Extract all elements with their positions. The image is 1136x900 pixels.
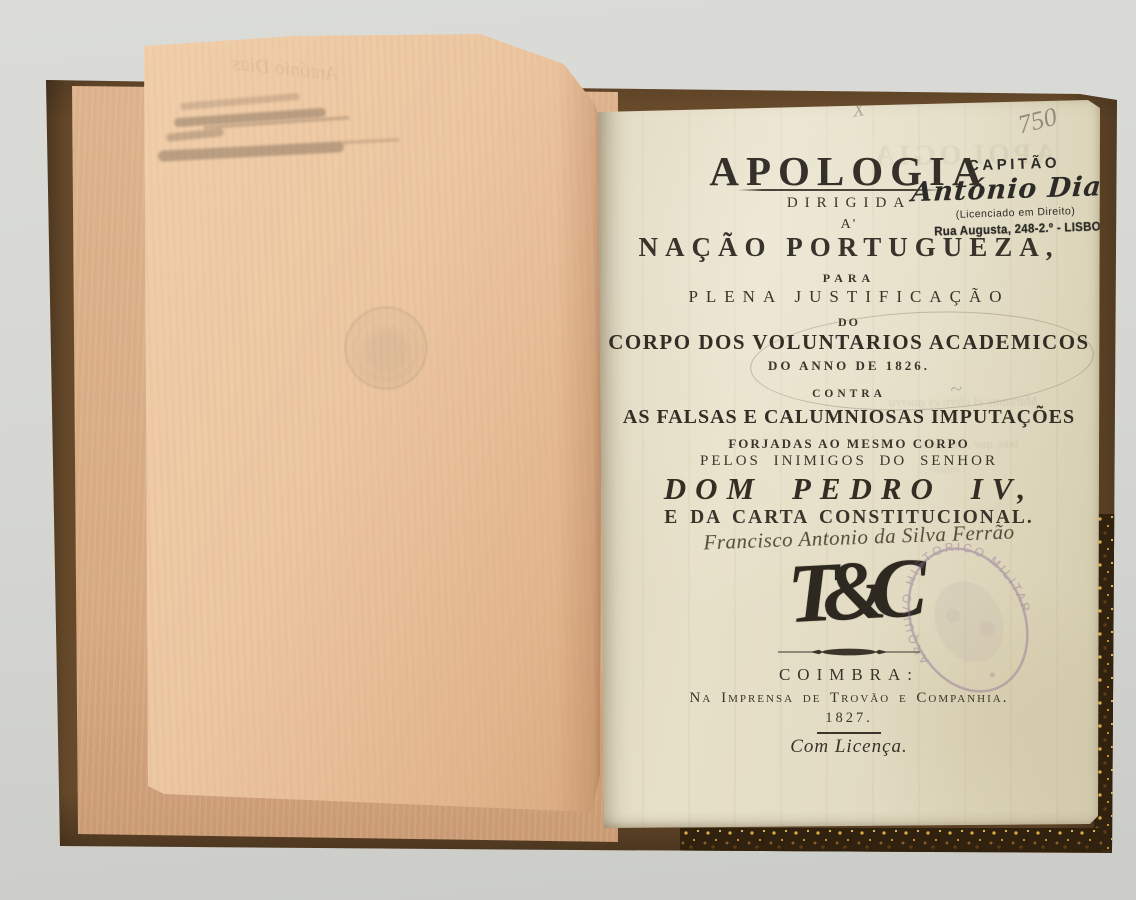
stamp-name: António Dias (905, 171, 1125, 209)
pencil-squiggle: ~ (949, 376, 963, 403)
ink-offset-smudge (180, 93, 300, 110)
title-line-nacao: NAÇÃO PORTUGUEZA, (598, 233, 1100, 261)
ownership-stamp: CAPITÃO António Dias (Licenciado em Dire… (925, 153, 1105, 239)
title-line-plena: PLENA JUSTIFICAÇÃO (598, 288, 1100, 306)
ink-offset-smudge (166, 128, 225, 142)
title-page: APOLOGIA Marcame el clero es guerra hao,… (598, 100, 1100, 828)
title-line-pelos: PELOS INIMIGOS DO SENHOR (598, 454, 1100, 470)
marbled-edge-bottom (680, 828, 1102, 852)
ink-offset-smudge (174, 108, 326, 128)
title-line-forjadas: FORJADAS AO MESMO CORPO (598, 437, 1100, 451)
imprint-press: Na Imprensa de Trovão e Companhia. (598, 691, 1100, 707)
title-line-para: PARA (598, 272, 1100, 285)
imprint-year: 1827. (598, 711, 1100, 726)
ink-offset-ghost-text: António Dias (169, 46, 400, 93)
ghost-stamp-mark (344, 306, 428, 390)
ink-offset-smudge (158, 141, 344, 162)
title-line-falsas: AS FALSAS E CALUMNIOSAS IMPUTAÇÕES (598, 407, 1100, 428)
photo-of-open-book: António Dias APOLOGIA Marcame el clero e… (0, 0, 1136, 900)
pencil-price: 750 (1015, 102, 1060, 141)
imprint-licenca: Com Licença. (598, 737, 1100, 757)
title-line-dom-pedro: DOM PEDRO IV, (598, 473, 1100, 506)
printer-rule (817, 732, 881, 734)
flyleaf-page: António Dias (144, 34, 602, 822)
